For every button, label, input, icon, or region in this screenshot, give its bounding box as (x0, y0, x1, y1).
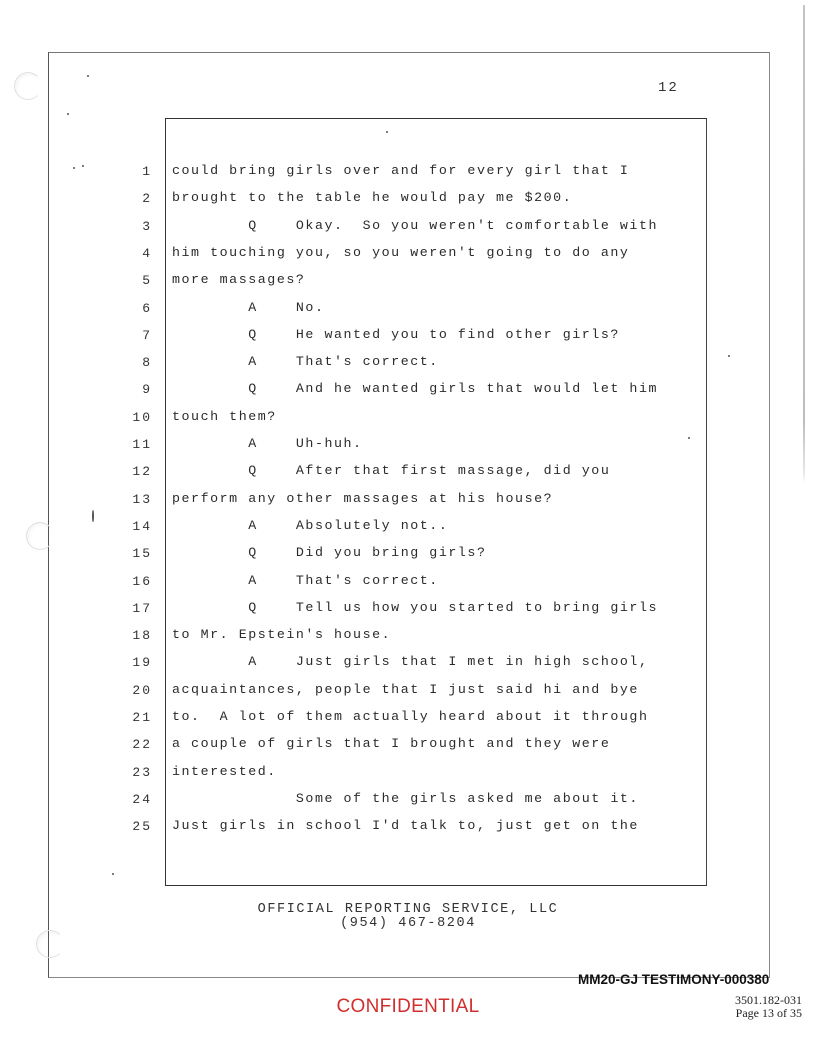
line-number: 20 (112, 683, 152, 698)
transcript-line: a couple of girls that I brought and the… (172, 736, 610, 751)
line-number: 19 (112, 655, 152, 670)
transcript-line: brought to the table he would pay me $20… (172, 190, 572, 205)
transcript-line: A Just girls that I met in high school, (172, 654, 648, 669)
line-number: 3 (112, 219, 152, 234)
transcript-line: to. A lot of them actually heard about i… (172, 709, 648, 724)
transcript-line: Q After that first massage, did you (172, 463, 610, 478)
line-number: 25 (112, 819, 152, 834)
reporting-service-phone: (954) 467-8204 (0, 916, 816, 931)
transcript-line: acquaintances, people that I just said h… (172, 682, 639, 697)
punch-hole-top (14, 72, 42, 100)
scan-speck (92, 510, 94, 522)
line-number: 14 (112, 519, 152, 534)
line-number: 17 (112, 601, 152, 616)
transcript-line: interested. (172, 764, 277, 779)
line-number: 23 (112, 765, 152, 780)
transcript-line: Some of the girls asked me about it. (172, 791, 639, 806)
transcript-line: A Uh-huh. (172, 436, 363, 451)
line-number: 13 (112, 492, 152, 507)
transcript-line: A That's correct. (172, 354, 439, 369)
line-number: 7 (112, 328, 152, 343)
line-number: 11 (112, 437, 152, 452)
line-number: 8 (112, 355, 152, 370)
line-number: 15 (112, 546, 152, 561)
line-number: 5 (112, 273, 152, 288)
transcript-line: him touching you, so you weren't going t… (172, 245, 629, 260)
scan-speck (112, 873, 114, 875)
transcript-line: more massages? (172, 272, 305, 287)
line-number: 9 (112, 382, 152, 397)
line-number: 2 (112, 191, 152, 206)
bates-number: MM20-GJ TESTIMONY-000380 (578, 972, 769, 987)
punch-hole-bottom (36, 930, 64, 958)
scan-edge-line (803, 5, 805, 1045)
transcript-line: Q Tell us how you started to bring girls (172, 600, 658, 615)
transcript-line: A That's correct. (172, 573, 439, 588)
line-number: 10 (112, 410, 152, 425)
line-number: 22 (112, 737, 152, 752)
scan-speck (87, 75, 89, 77)
line-number: 16 (112, 574, 152, 589)
transcript-line: could bring girls over and for every gir… (172, 163, 629, 178)
transcript-line: Q And he wanted girls that would let him (172, 381, 658, 396)
scan-speck (73, 167, 75, 169)
line-number: 4 (112, 246, 152, 261)
scan-speck (82, 165, 84, 167)
line-number: 24 (112, 792, 152, 807)
transcript-line: perform any other massages at his house? (172, 491, 553, 506)
reporting-service-name: OFFICIAL REPORTING SERVICE, LLC (0, 902, 816, 917)
transcript-line: Q He wanted you to find other girls? (172, 327, 620, 342)
punch-hole-middle (26, 522, 54, 550)
scan-speck (728, 355, 730, 357)
transcript-line: touch them? (172, 409, 277, 424)
transcript-page-number: 12 (658, 80, 679, 96)
transcript-line: A No. (172, 300, 324, 315)
confidential-stamp: CONFIDENTIAL (0, 996, 816, 1018)
transcript-line: Q Did you bring girls? (172, 545, 486, 560)
transcript-line: to Mr. Epstein's house. (172, 627, 391, 642)
line-number: 12 (112, 464, 152, 479)
line-number: 21 (112, 710, 152, 725)
scan-speck (67, 113, 69, 115)
transcript-line: A Absolutely not.. (172, 518, 448, 533)
line-number: 1 (112, 164, 152, 179)
line-number: 18 (112, 628, 152, 643)
transcript-line: Q Okay. So you weren't comfortable with (172, 218, 658, 233)
line-number: 6 (112, 301, 152, 316)
transcript-line: Just girls in school I'd talk to, just g… (172, 818, 639, 833)
